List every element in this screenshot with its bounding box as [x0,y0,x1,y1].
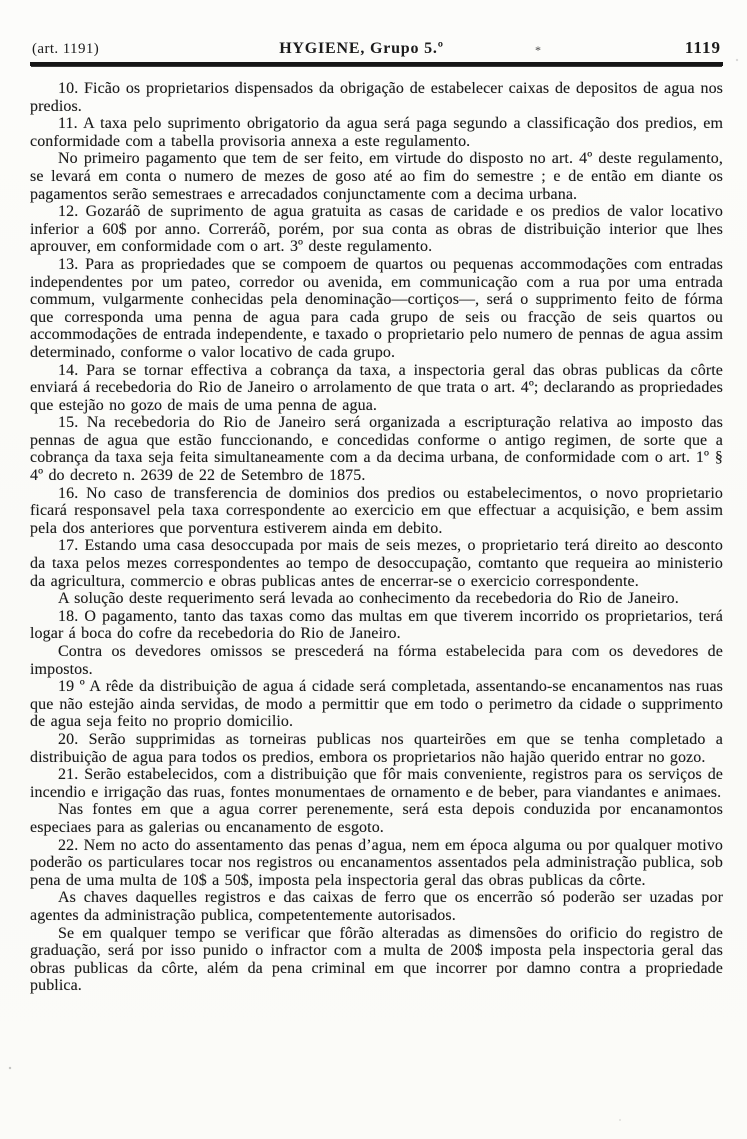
paragraph: As chaves daquelles registros e das caix… [30,889,723,924]
article-reference: (art. 1191) [32,41,202,58]
paragraph: 11. A taxa pelo suprimento obrigatorio d… [30,115,723,150]
paragraph: Contra os devedores omissos se presceder… [30,643,723,678]
header-right: * 1119 [521,38,721,58]
scanned-document-page: (art. 1191) HYGIENE, Grupo 5.º * 1119 10… [0,0,747,1139]
document-body: 10. Ficão os proprietarios dispensados d… [30,80,723,995]
paragraph: 10. Ficão os proprietarios dispensados d… [30,80,723,115]
paragraph: 17. Estando uma casa desoccupada por mai… [30,537,723,590]
paragraph: 13. Para as propriedades que se compoem … [30,256,723,362]
paragraph: 20. Serão supprimidas as torneiras publi… [30,731,723,766]
paragraph: 15. Na recebedoria do Rio de Janeiro ser… [30,414,723,484]
paragraph: No primeiro pagamento que tem de ser fei… [30,150,723,203]
paragraph: 14. Para se tornar effectiva a cobrança … [30,362,723,415]
page-title: HYGIENE, Grupo 5.º [202,40,521,58]
paragraph: 18. O pagamento, tanto das taxas como da… [30,608,723,643]
asterisk-mark: * [521,43,541,58]
page-header: (art. 1191) HYGIENE, Grupo 5.º * 1119 [30,38,723,66]
paragraph: 19 º A rêde da distribuição de agua á ci… [30,678,723,731]
paragraph: A solução deste requerimento será levada… [30,590,723,608]
paragraph: 22. Nem no acto do assentamento das pena… [30,837,723,890]
paragraph: Nas fontes em que a agua correr pereneme… [30,801,723,836]
paragraph: 16. No caso de transferencia de dominios… [30,485,723,538]
paragraph: 12. Gozaráõ de suprimento de agua gratui… [30,203,723,256]
paragraph: Se em qualquer tempo se verificar que fô… [30,925,723,995]
paragraph: 21. Serão estabelecidos, com a distribui… [30,766,723,801]
page-number: 1119 [685,38,721,58]
